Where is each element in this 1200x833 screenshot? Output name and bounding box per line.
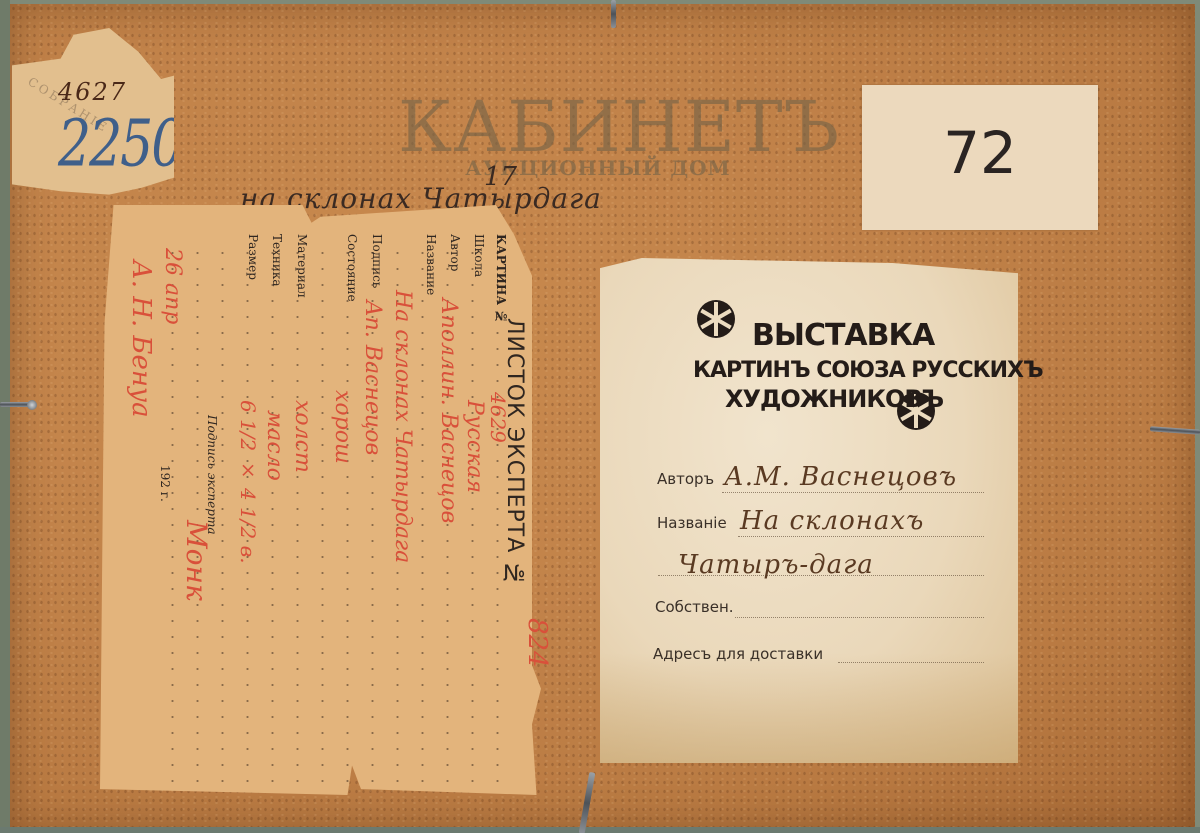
value-signature: Ап. Васнецов: [360, 300, 385, 455]
value-school: Русская: [462, 400, 487, 493]
ticket-pencil-number: 2250: [58, 107, 182, 182]
expert-signature: Монк: [180, 520, 213, 601]
field-technique: Техника: [270, 234, 284, 287]
card-logo-line1: ВЫСТАВКА: [752, 318, 934, 353]
card-line-title: [738, 536, 984, 537]
card-label-author: Авторъ: [657, 470, 714, 488]
nail-top: [611, 0, 616, 28]
expert-sheet-number: 824: [522, 618, 552, 668]
card-line-address: [838, 662, 984, 663]
picture-number: 4629: [486, 392, 510, 443]
card-logo-line2: КАРТИНЪ СОЮЗА РУССКИХЪ: [693, 358, 1043, 383]
card-logo-line3: ХУДОЖНИКОВЪ: [725, 385, 943, 413]
card-line-author: [722, 492, 984, 493]
value-title: На склонах Чатырдага: [390, 290, 415, 563]
picture-label: КАРТИНА №: [494, 234, 508, 323]
watermark-subtitle: АУКЦИОННЫЙ ДОМ: [398, 156, 798, 180]
watermark-title: КАБИНЕТЪ: [398, 92, 798, 162]
value-size: 6 1/2 × 4 1/2 в.: [236, 400, 260, 564]
field-school: Школа: [472, 234, 486, 277]
field-author: Автор: [448, 234, 462, 271]
sheet-year: 192 г.: [158, 465, 172, 502]
sheet-date: 26 апр: [160, 248, 185, 324]
card-line-title-cont: [658, 575, 984, 576]
card-value-title: На склонахъ: [740, 506, 924, 536]
card-label-address: Адресъ для доставки: [653, 645, 823, 663]
field-condition: Состояние: [345, 234, 359, 302]
card-label-owner: Собствен.: [655, 598, 734, 616]
snowflake-ornament-icon: [697, 300, 735, 338]
value-technique: масло: [262, 410, 287, 481]
card-stain: [600, 653, 1018, 763]
card-line-owner: [735, 617, 984, 618]
field-signature: Подпись: [370, 234, 384, 288]
card-value-author: А.М. Васнецовъ: [724, 462, 957, 492]
frame-edge-bottom: [0, 827, 1200, 833]
expert-signature-label: Подпись эксперта: [205, 415, 219, 534]
frame-edge-left: [0, 0, 10, 833]
lot-label: 72: [862, 85, 1098, 230]
card-label-title: Названіе: [657, 514, 727, 532]
sheet-signer: А. Н. Бенуа: [126, 260, 156, 418]
value-author: Аполлин. Васнецов: [436, 298, 461, 523]
nail-left-head: [27, 400, 37, 410]
field-title: Название: [424, 234, 438, 295]
lot-number: 72: [862, 119, 1098, 187]
value-condition: хорош: [330, 390, 355, 464]
field-material: Материал: [295, 234, 309, 298]
expert-sheet-title: ЛИСТОК ЭКСПЕРТА №: [502, 318, 527, 587]
ticket-ink-number: 4627: [58, 78, 127, 106]
field-size: Размер: [246, 234, 260, 280]
value-material: холст: [290, 400, 315, 473]
